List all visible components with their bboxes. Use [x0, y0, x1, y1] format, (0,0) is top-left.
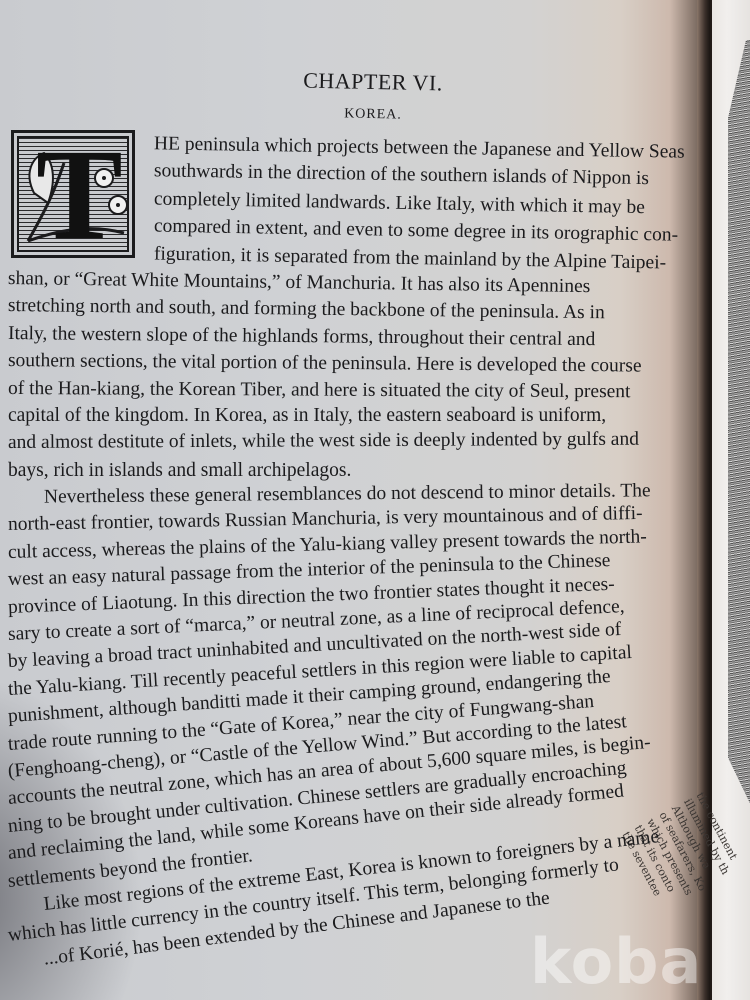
book-spread: the continent illumined by th Although w…: [0, 0, 750, 1000]
chapter-text: CHAPTER VI. KOREA. HE peninsula which pr…: [8, 62, 698, 977]
text-line: and almost destitute of inlets, while th…: [8, 426, 698, 457]
text-line: of the Han-kiang, the Korean Tiber, and …: [8, 375, 698, 406]
watermark: koba: [530, 925, 702, 998]
engraving-illustration: [728, 40, 750, 820]
